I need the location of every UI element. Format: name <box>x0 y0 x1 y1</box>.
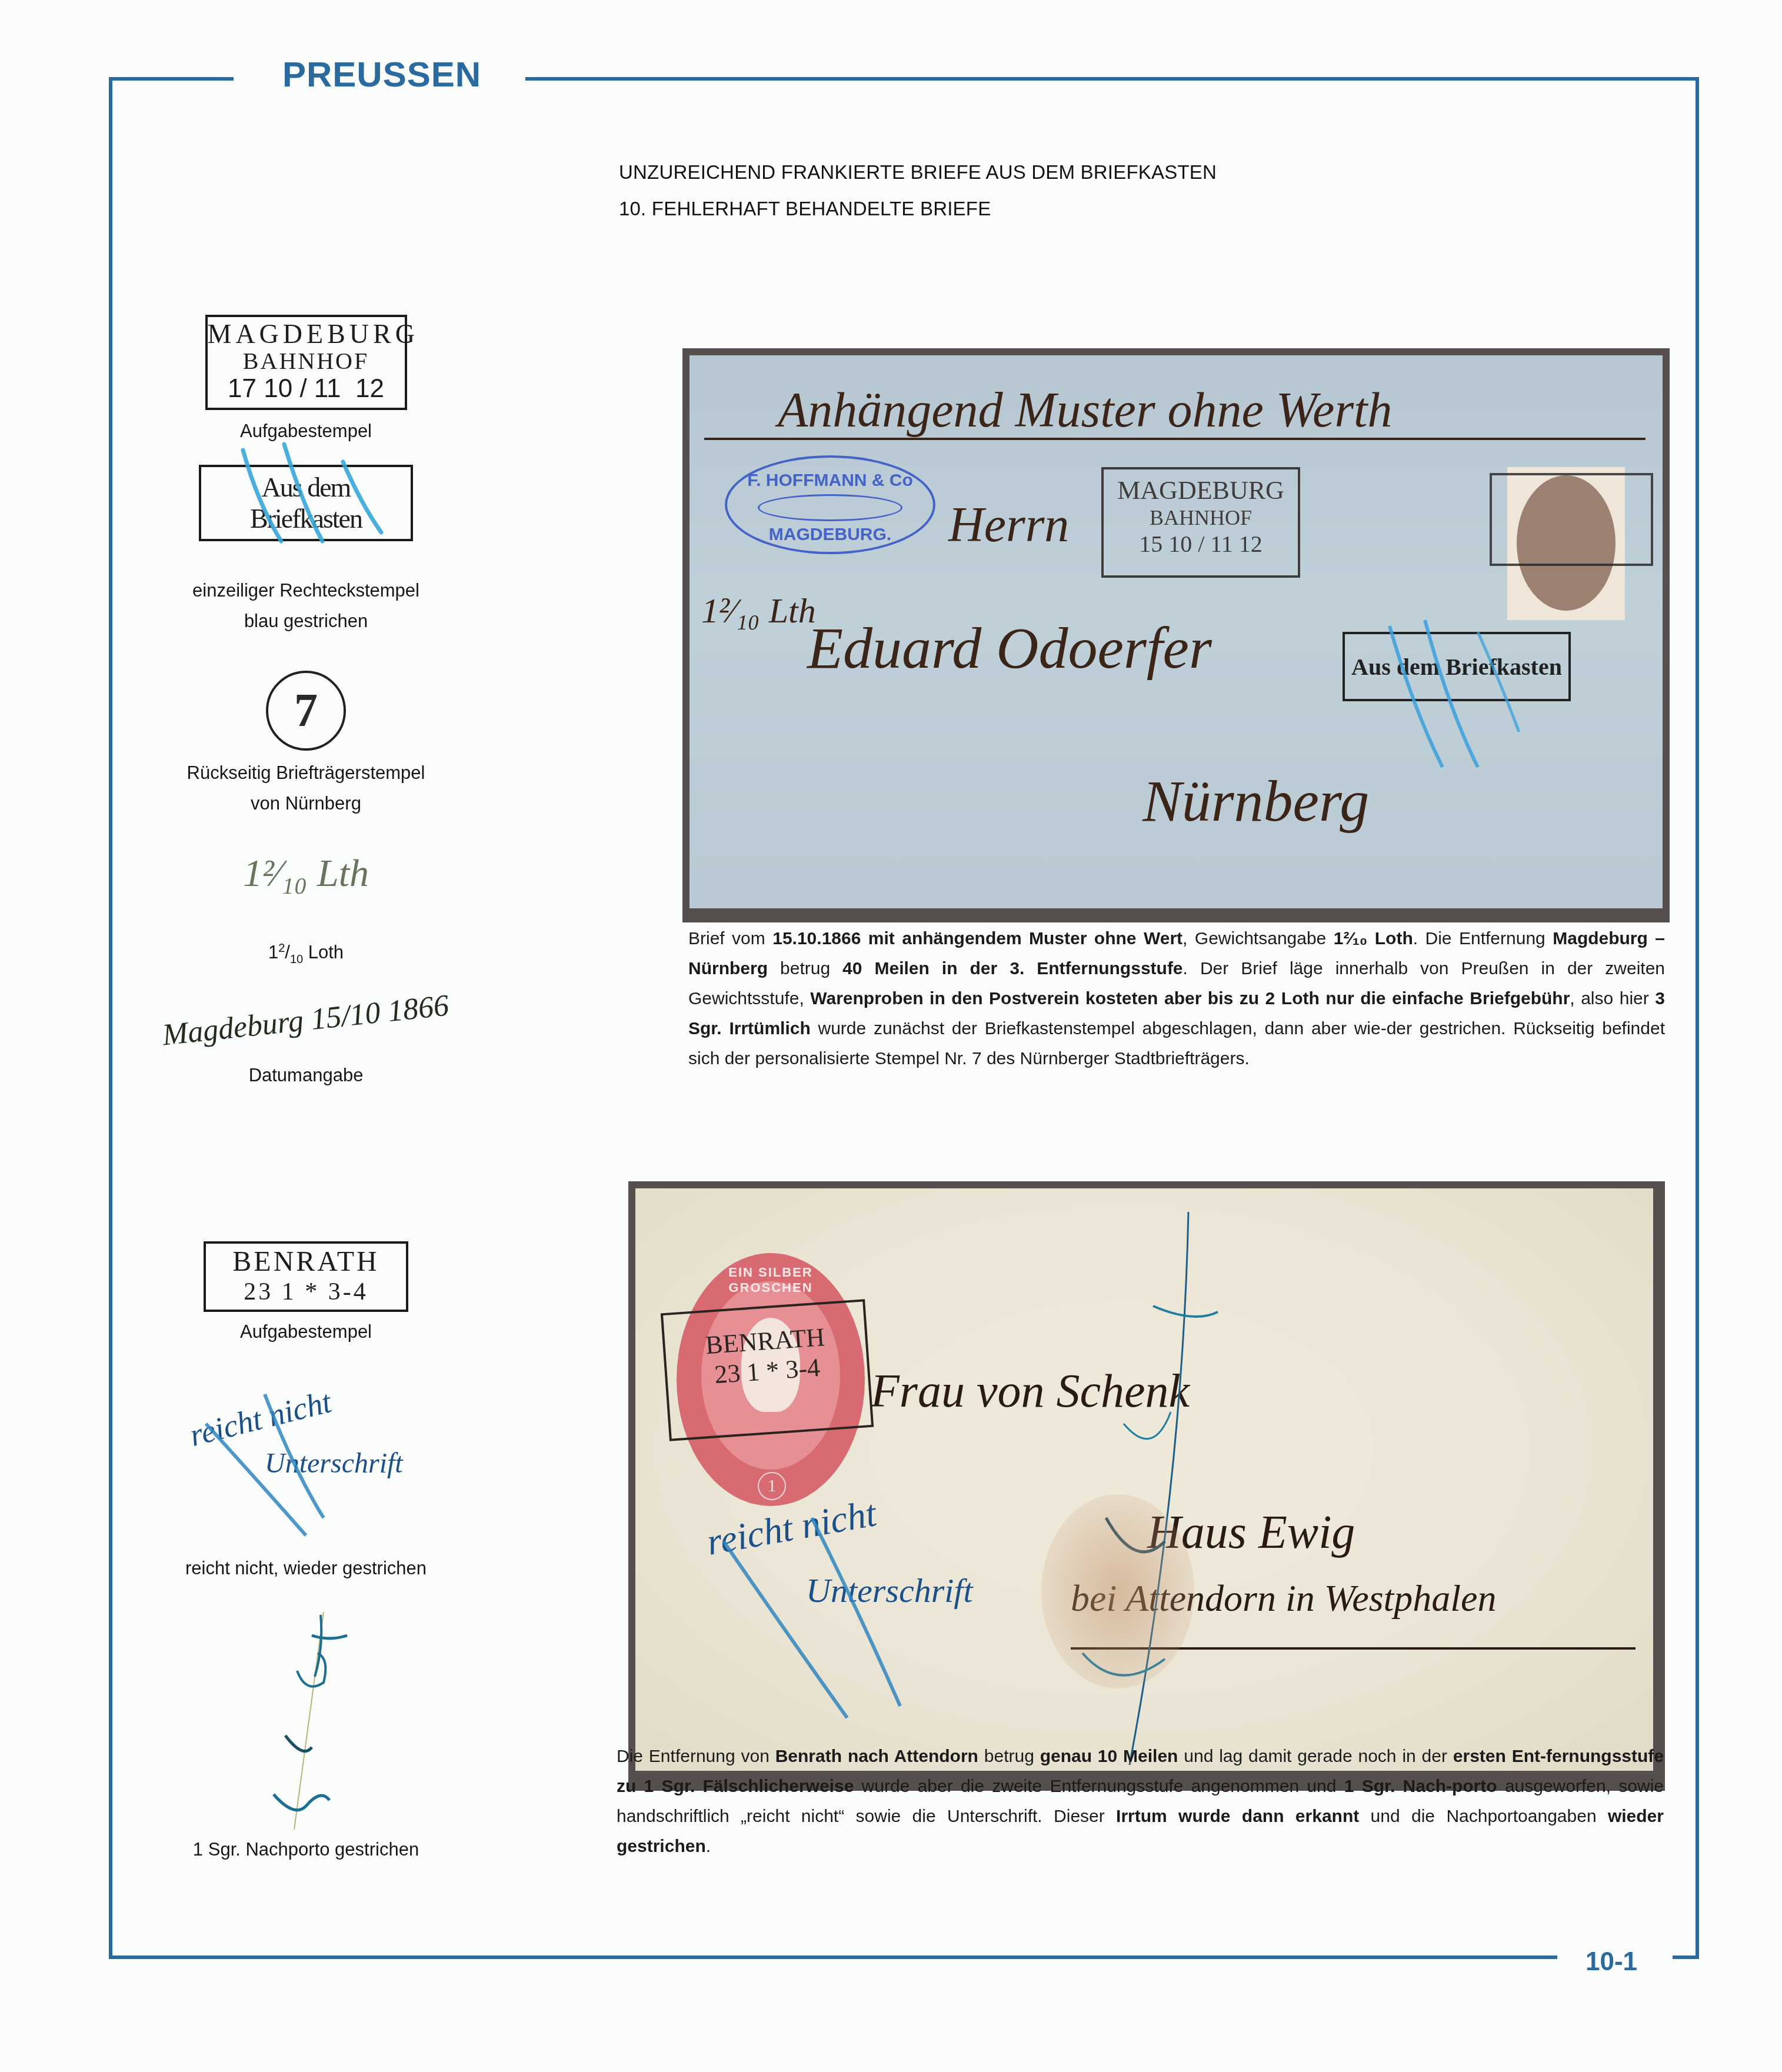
magdeburg-stamp-box: MAGDEBURG BAHNHOF 17 10 / 11 12 <box>205 315 407 410</box>
legend-magdeburg-postmark: MAGDEBURG BAHNHOF 17 10 / 11 12 Aufgabes… <box>188 315 424 447</box>
letter-1-blue-strike-icon <box>1378 614 1554 791</box>
letter-2-strike-icon <box>635 1188 1653 1771</box>
postmark-line-2: BAHNHOF <box>1104 505 1298 530</box>
legend-nachporto: 1 Sgr. Nachporto gestrichen <box>153 1600 459 1865</box>
letter-1-description-text: Brief vom 15.10.1866 mit anhängendem Mus… <box>688 929 1665 1068</box>
frame-bottom-right <box>1673 1956 1699 1959</box>
frame-right <box>1696 77 1699 1959</box>
caption-reicht-nicht: reicht nicht, wieder gestrichen <box>153 1553 459 1584</box>
legend-weight-note: 1²⁄₁₀ Lth 12/10 Loth <box>176 841 435 975</box>
postmark-line-3: 15 10 / 11 12 <box>1104 530 1298 558</box>
heading-line-2: 10. FEHLERHAFT BEHANDELTE BRIEFE <box>619 191 1217 227</box>
reicht-nicht-handwriting: reicht nicht Unterschrift <box>153 1359 459 1553</box>
letter-2-description: Die Entfernung von Benrath nach Attendor… <box>617 1741 1664 1861</box>
letter-1-description: Brief vom 15.10.1866 mit anhängendem Mus… <box>688 924 1665 1074</box>
circle-stamp-7: 7 <box>266 671 346 751</box>
heading-line-1: UNZUREICHEND FRANKIERTE BRIEFE AUS DEM B… <box>619 154 1217 191</box>
legend-date-note: Magdeburg 15/10 1866 Datumangabe <box>147 988 465 1091</box>
frame-left <box>109 77 112 1959</box>
page-title: PREUSSEN <box>282 54 481 95</box>
sender-stamp-line-2: MAGDEBURG. <box>727 525 933 545</box>
letter-1-top-note: Anhängend Muster ohne Werth <box>778 382 1392 439</box>
letter-1-addressee: Eduard Odoerfer <box>807 614 1212 682</box>
sender-oval-stamp: F. HOFFMANN & Co MAGDEBURG. <box>725 455 935 554</box>
letter-2-description-text: Die Entfernung von Benrath nach Attendor… <box>617 1747 1664 1856</box>
fraction-denominator: 10 <box>290 953 303 966</box>
letter-1-salutation: Herrn <box>948 497 1069 554</box>
caption-nachporto: 1 Sgr. Nachporto gestrichen <box>153 1834 459 1865</box>
postmark-line-1: MAGDEBURG <box>1104 475 1298 505</box>
page-number: 10-1 <box>1586 1947 1637 1977</box>
nachporto-strike-icon <box>153 1600 459 1836</box>
sender-stamp-arc <box>758 494 902 521</box>
caption-line-2: blau gestrichen <box>176 606 435 637</box>
caption-line-1: Rückseitig Briefträgerstempel <box>153 758 459 788</box>
frame-top-right <box>525 77 1699 81</box>
letter-1-envelope: Anhängend Muster ohne Werth F. HOFFMANN … <box>690 355 1663 908</box>
caption-loth: 12/10 Loth <box>176 933 435 975</box>
stamp-line-1: BENRATH <box>206 1246 406 1278</box>
section-headings: UNZUREICHEND FRANKIERTE BRIEFE AUS DEM B… <box>619 154 1217 227</box>
stamp-line-1: MAGDEBURG <box>208 319 405 349</box>
caption-aufgabestempel-benrath: Aufgabestempel <box>188 1317 424 1347</box>
fraction-unit: Loth <box>308 942 344 962</box>
postage-stamp <box>1507 467 1625 620</box>
frame-bottom-left <box>109 1956 1557 1959</box>
letter-1-underline <box>704 438 1646 440</box>
letter-2-envelope: 1 EIN SILBER GROSCHEN BENRATH 23 1 * 3-4… <box>635 1188 1653 1771</box>
caption-line-1: einzeiliger Rechteckstempel <box>176 575 435 606</box>
fraction-whole: 1 <box>268 942 278 962</box>
stamp-line-2: 23 1 * 3-4 <box>206 1278 406 1306</box>
frame-top-left <box>109 77 234 81</box>
letter-1-postmark: MAGDEBURG BAHNHOF 15 10 / 11 12 <box>1101 467 1300 578</box>
legend-brieftraeger-stamp: 7 Rückseitig Briefträgerstempel von Nürn… <box>153 671 459 819</box>
sender-stamp-line-1: F. HOFFMANN & Co <box>727 471 933 491</box>
blue-strikethrough-icon <box>193 438 405 550</box>
stain <box>1041 1494 1194 1688</box>
stamp-line-3: 17 10 / 11 12 <box>208 374 405 404</box>
legend-briefkasten-stamp: Aus dem Briefkasten einzeiliger Rechteck… <box>176 465 435 637</box>
weight-handwriting: 1²⁄₁₀ Lth <box>176 841 435 930</box>
legend-benrath-postmark: BENRATH 23 1 * 3-4 Aufgabestempel <box>188 1241 424 1347</box>
legend-reicht-nicht: reicht nicht Unterschrift reicht nicht, … <box>153 1359 459 1584</box>
stamp-postmark-overlay <box>1490 473 1653 566</box>
caption-line-2: von Nürnberg <box>153 788 459 819</box>
benrath-stamp-box: BENRATH 23 1 * 3-4 <box>204 1241 408 1312</box>
caption-brieftraeger: Rückseitig Briefträgerstempel von Nürnbe… <box>153 758 459 819</box>
blue-strike-icon <box>153 1359 459 1553</box>
letter-1-city: Nürnberg <box>1143 767 1369 835</box>
caption-rechteckstempel: einzeiliger Rechteckstempel blau gestric… <box>176 575 435 637</box>
stamp-line-2: BAHNHOF <box>208 349 405 374</box>
letter-1-weight: 1²⁄₁₀ Lth <box>701 591 816 631</box>
fraction-numerator: 2 <box>278 942 285 955</box>
